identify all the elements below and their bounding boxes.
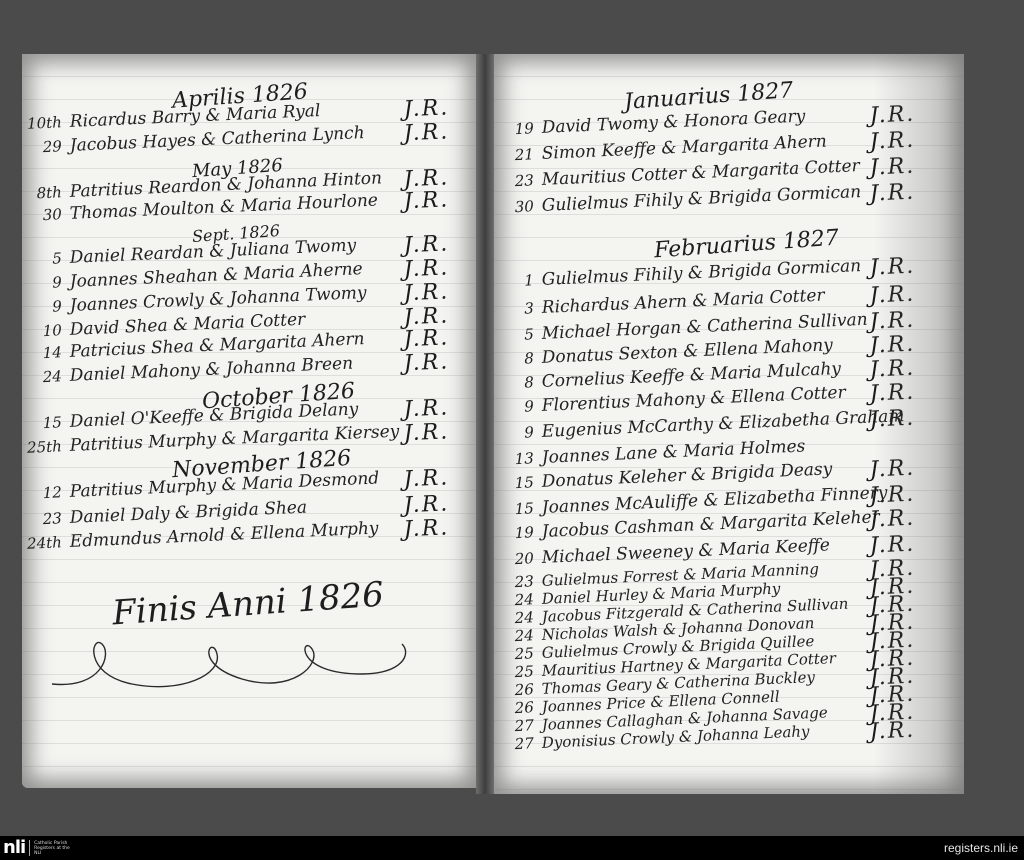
entry-day: 27 bbox=[494, 734, 534, 754]
entry-day: 5 bbox=[22, 249, 62, 269]
entry-day: 26 bbox=[494, 680, 534, 700]
entry-day: 24 bbox=[494, 590, 534, 610]
signature-mark: J.R. bbox=[403, 395, 450, 422]
entry-day: 27 bbox=[494, 716, 534, 736]
signature-mark: J.R. bbox=[403, 515, 450, 542]
entry-day: 24 bbox=[22, 367, 62, 387]
entry-day: 9 bbox=[494, 397, 534, 417]
entry-day: 10 bbox=[22, 321, 62, 341]
signature-mark: J.R. bbox=[403, 187, 450, 214]
nli-logo-mark: nli bbox=[3, 838, 25, 858]
register-page-left: Aprilis 1826 10thRicardus Barry & Maria … bbox=[22, 54, 476, 788]
entry-day: 24th bbox=[22, 533, 62, 553]
signature-mark: J.R. bbox=[403, 419, 450, 446]
entry-day: 5 bbox=[494, 325, 534, 345]
entry-day: 8 bbox=[494, 373, 534, 393]
entry-day: 25 bbox=[494, 662, 534, 682]
site-link[interactable]: registers.nli.ie bbox=[944, 841, 1024, 855]
image-viewer[interactable]: Aprilis 1826 10thRicardus Barry & Maria … bbox=[0, 0, 1024, 836]
entry-day: 23 bbox=[22, 509, 62, 529]
register-page-right: Januarius 1827 19David Twomy & Honora Ge… bbox=[494, 54, 964, 794]
signature-mark: J.R. bbox=[403, 325, 450, 352]
entry-day: 9 bbox=[22, 297, 62, 317]
entry-day: 12 bbox=[22, 483, 62, 503]
footer-bar: nli Catholic Parish Registers at the NLI… bbox=[0, 836, 1024, 860]
entry-names: Gulielmus Fihily & Brigida Gormican bbox=[541, 256, 861, 290]
entry-day: 8th bbox=[22, 183, 62, 203]
entry-day: 25th bbox=[22, 437, 62, 457]
entry-day: 15 bbox=[22, 413, 62, 433]
entry-day: 30 bbox=[494, 197, 534, 217]
entry-day: 23 bbox=[494, 171, 534, 191]
entry-day: 15 bbox=[494, 499, 534, 519]
entry-day: 3 bbox=[494, 299, 534, 319]
entry-day: 9 bbox=[494, 423, 534, 443]
signature-mark: J.R. bbox=[403, 231, 450, 258]
entry-day: 14 bbox=[22, 343, 62, 363]
entry-day: 21 bbox=[494, 145, 534, 165]
flourish-decoration bbox=[42, 614, 442, 704]
nli-logo[interactable]: nli Catholic Parish Registers at the NLI bbox=[0, 836, 70, 860]
book-gutter bbox=[476, 54, 494, 794]
entry-day: 24 bbox=[494, 608, 534, 628]
page-edge-shadow bbox=[874, 54, 964, 794]
entry-day: 24 bbox=[494, 626, 534, 646]
entry-day: 26 bbox=[494, 698, 534, 718]
signature-mark: J.R. bbox=[403, 119, 450, 146]
signature-mark: J.R. bbox=[403, 465, 450, 492]
entry-day: 23 bbox=[494, 572, 534, 592]
signature-mark: J.R. bbox=[403, 491, 450, 518]
signature-mark: J.R. bbox=[403, 349, 450, 376]
entry-day: 13 bbox=[494, 449, 534, 469]
logo-divider bbox=[29, 840, 30, 856]
signature-mark: J.R. bbox=[403, 255, 450, 282]
logo-caption: Catholic Parish Registers at the NLI bbox=[34, 841, 70, 856]
entry-day: 20 bbox=[494, 549, 534, 569]
entry-day: 15 bbox=[494, 473, 534, 493]
entry-day: 25 bbox=[494, 644, 534, 664]
entry-day: 19 bbox=[494, 119, 534, 139]
entry-day: 8 bbox=[494, 349, 534, 369]
entry-day: 1 bbox=[494, 271, 534, 291]
entry-day: 30 bbox=[22, 205, 62, 225]
entry-day: 19 bbox=[494, 523, 534, 543]
signature-mark: J.R. bbox=[403, 279, 450, 306]
entry-day: 29 bbox=[22, 137, 62, 157]
entry-day: 10th bbox=[22, 113, 62, 133]
signature-mark: J.R. bbox=[403, 95, 450, 122]
entry-day: 9 bbox=[22, 273, 62, 293]
